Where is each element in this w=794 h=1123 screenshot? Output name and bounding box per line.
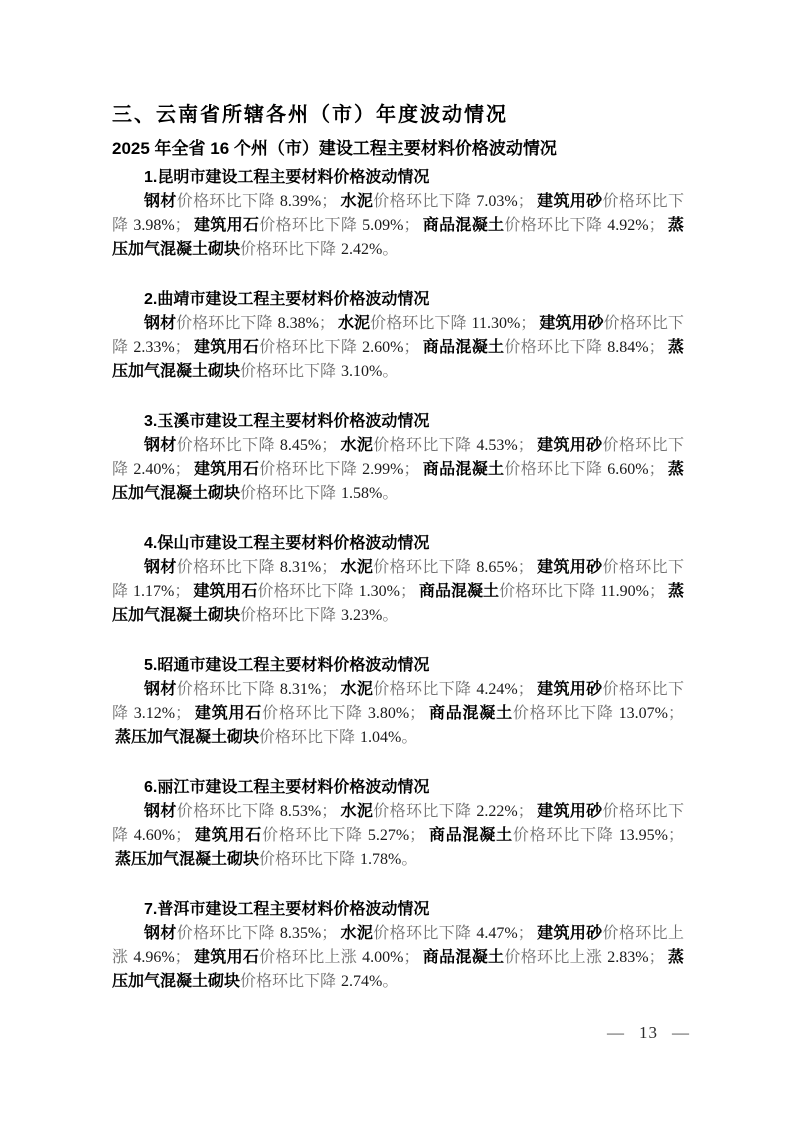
material-name: 建筑用石 (191, 217, 260, 234)
separator: ； (403, 339, 419, 356)
material-name: 钢材 (144, 925, 177, 942)
material-name: 建筑用石 (191, 339, 260, 356)
material-name: 钢材 (144, 681, 177, 698)
price-change-value: 2.40% (128, 461, 174, 478)
price-change-phrase: 价格环比下降 (373, 681, 471, 698)
price-change-phrase: 价格环比下降 (513, 705, 614, 722)
separator: 。 (382, 241, 398, 258)
separator: ； (518, 193, 534, 210)
material-name: 蒸压加气混凝土砌块 (112, 851, 259, 868)
section-paragraph: 钢材价格环比下降8.31%；水泥价格环比下降8.65%；建筑用砂价格环比下降1.… (112, 556, 684, 628)
separator: 。 (382, 973, 398, 990)
material-name: 建筑用砂 (534, 681, 603, 698)
price-change-value: 8.45% (275, 437, 321, 454)
material-name: 水泥 (337, 681, 373, 698)
separator: ； (175, 217, 191, 234)
price-change-value: 2.83% (602, 949, 648, 966)
city-section: 7.普洱市建设工程主要材料价格波动情况 钢材价格环比下降8.35%；水泥价格环比… (112, 898, 684, 994)
city-section: 5.昭通市建设工程主要材料价格波动情况 钢材价格环比下降8.31%；水泥价格环比… (112, 654, 684, 750)
material-name: 商品混凝土 (419, 217, 504, 234)
price-change-value: 5.27% (363, 827, 409, 844)
page-number-left-dash: — (607, 1023, 625, 1042)
separator: ； (409, 827, 425, 844)
price-change-phrase: 价格环比下降 (177, 925, 275, 942)
material-name: 建筑用石 (190, 583, 257, 600)
price-change-value: 8.65% (471, 559, 517, 576)
material-name: 商品混凝土 (419, 339, 504, 356)
section-heading: 7.普洱市建设工程主要材料价格波动情况 (112, 898, 684, 922)
price-change-value: 5.09% (357, 217, 403, 234)
material-name: 水泥 (337, 437, 373, 454)
separator: ； (409, 705, 425, 722)
price-change-phrase: 价格环比下降 (373, 193, 471, 210)
material-name: 建筑用砂 (534, 803, 603, 820)
price-change-value: 1.58% (336, 485, 382, 502)
material-name: 水泥 (337, 193, 373, 210)
price-change-phrase: 价格环比下降 (177, 559, 275, 576)
price-change-phrase: 价格环比下降 (177, 193, 275, 210)
separator: ； (649, 583, 665, 600)
price-change-value: 2.22% (471, 803, 517, 820)
section-paragraph: 钢材价格环比下降8.35%；水泥价格环比下降4.47%；建筑用砂价格环比上涨4.… (112, 922, 684, 994)
material-name: 钢材 (144, 315, 176, 332)
section-paragraph: 钢材价格环比下降8.53%；水泥价格环比下降2.22%；建筑用砂价格环比下降4.… (112, 800, 684, 872)
separator: ； (321, 559, 337, 576)
price-change-value: 8.38% (273, 315, 319, 332)
price-change-value: 3.80% (363, 705, 409, 722)
page-number-value: 13 (625, 1023, 672, 1042)
price-change-value: 11.30% (467, 315, 521, 332)
price-change-value: 4.00% (357, 949, 403, 966)
material-name: 商品混凝土 (419, 461, 504, 478)
separator: ； (518, 681, 534, 698)
price-change-phrase: 价格环比上涨 (504, 949, 602, 966)
price-change-value: 2.33% (128, 339, 174, 356)
price-change-phrase: 价格环比下降 (259, 729, 355, 746)
material-name: 建筑用砂 (534, 193, 603, 210)
section-paragraph: 钢材价格环比下降8.38%；水泥价格环比下降11.30%；建筑用砂价格环比下降2… (112, 312, 684, 384)
section-heading: 5.昭通市建设工程主要材料价格波动情况 (112, 654, 684, 678)
price-change-value: 4.24% (471, 681, 517, 698)
material-name: 建筑用砂 (534, 437, 603, 454)
page-title: 三、云南省所辖各州（市）年度波动情况 (112, 102, 684, 129)
material-name: 商品混凝土 (419, 949, 504, 966)
price-change-value: 8.39% (275, 193, 321, 210)
price-change-value: 1.30% (354, 583, 400, 600)
section-paragraph: 钢材价格环比下降8.45%；水泥价格环比下降4.53%；建筑用砂价格环比下降2.… (112, 434, 684, 506)
section-heading: 6.丽江市建设工程主要材料价格波动情况 (112, 776, 684, 800)
separator: ； (518, 437, 534, 454)
material-name: 蒸压加气混凝土砌块 (112, 729, 259, 746)
material-name: 水泥 (337, 925, 373, 942)
city-section: 1.昆明市建设工程主要材料价格波动情况 钢材价格环比下降8.39%；水泥价格环比… (112, 166, 684, 262)
section-paragraph: 钢材价格环比下降8.31%；水泥价格环比下降4.24%；建筑用砂价格环比下降3.… (112, 678, 684, 750)
price-change-value: 3.12% (129, 705, 175, 722)
separator: ； (649, 461, 665, 478)
section-paragraph: 钢材价格环比下降8.39%；水泥价格环比下降7.03%；建筑用砂价格环比下降3.… (112, 190, 684, 262)
price-change-value: 11.90% (595, 583, 649, 600)
separator: ； (321, 437, 337, 454)
material-name: 水泥 (335, 315, 370, 332)
material-name: 建筑用石 (191, 461, 260, 478)
price-change-phrase: 价格环比下降 (373, 925, 471, 942)
price-change-value: 4.92% (602, 217, 648, 234)
section-heading: 3.玉溪市建设工程主要材料价格波动情况 (112, 410, 684, 434)
price-change-value: 1.17% (128, 583, 174, 600)
page-number-right-dash: — (672, 1023, 690, 1042)
price-change-phrase: 价格环比下降 (504, 217, 602, 234)
city-section: 6.丽江市建设工程主要材料价格波动情况 钢材价格环比下降8.53%；水泥价格环比… (112, 776, 684, 872)
material-name: 建筑用砂 (534, 559, 603, 576)
separator: ； (175, 949, 191, 966)
material-name: 商品混凝土 (425, 705, 513, 722)
price-change-phrase: 价格环比下降 (370, 315, 466, 332)
price-change-phrase: 价格环比下降 (257, 583, 353, 600)
section-heading: 4.保山市建设工程主要材料价格波动情况 (112, 532, 684, 556)
sections-container: 1.昆明市建设工程主要材料价格波动情况 钢材价格环比下降8.39%；水泥价格环比… (112, 166, 684, 994)
price-change-phrase: 价格环比下降 (259, 339, 357, 356)
price-change-phrase: 价格环比下降 (259, 461, 357, 478)
material-name: 建筑用石 (191, 827, 262, 844)
price-change-phrase: 价格环比下降 (240, 241, 336, 258)
price-change-phrase: 价格环比下降 (259, 217, 357, 234)
separator: ； (321, 193, 337, 210)
price-change-value: 8.35% (275, 925, 321, 942)
material-name: 钢材 (144, 193, 177, 210)
separator: ； (649, 217, 665, 234)
separator: ； (668, 705, 684, 722)
city-section: 2.曲靖市建设工程主要材料价格波动情况 钢材价格环比下降8.38%；水泥价格环比… (112, 288, 684, 384)
separator: ； (518, 803, 534, 820)
price-change-phrase: 价格环比下降 (499, 583, 595, 600)
separator: ； (319, 315, 335, 332)
material-name: 商品混凝土 (416, 583, 499, 600)
price-change-value: 2.60% (357, 339, 403, 356)
price-change-value: 1.04% (355, 729, 401, 746)
material-name: 钢材 (144, 559, 177, 576)
price-change-phrase: 价格环比下降 (259, 851, 355, 868)
separator: 。 (382, 363, 398, 380)
price-change-value: 3.10% (336, 363, 382, 380)
separator: ； (175, 705, 191, 722)
material-name: 钢材 (144, 803, 177, 820)
price-change-value: 8.53% (275, 803, 321, 820)
price-change-phrase: 价格环比下降 (373, 803, 471, 820)
price-change-phrase: 价格环比下降 (240, 973, 336, 990)
separator: ； (518, 559, 534, 576)
material-name: 建筑用石 (191, 949, 260, 966)
price-change-phrase: 价格环比下降 (240, 363, 336, 380)
price-change-value: 13.07% (614, 705, 668, 722)
price-change-value: 3.23% (336, 607, 382, 624)
separator: ； (649, 339, 665, 356)
price-change-value: 13.95% (614, 827, 668, 844)
document-page: 三、云南省所辖各州（市）年度波动情况 2025 年全省 16 个州（市）建设工程… (112, 102, 684, 994)
price-change-value: 4.47% (471, 925, 517, 942)
price-change-phrase: 价格环比下降 (504, 461, 602, 478)
price-change-phrase: 价格环比下降 (177, 437, 275, 454)
price-change-value: 2.99% (357, 461, 403, 478)
separator: ； (403, 217, 419, 234)
separator: 。 (401, 851, 417, 868)
price-change-phrase: 价格环比下降 (373, 559, 471, 576)
material-name: 建筑用砂 (534, 925, 603, 942)
price-change-phrase: 价格环比上涨 (259, 949, 357, 966)
separator: ； (321, 681, 337, 698)
price-change-phrase: 价格环比下降 (240, 485, 336, 502)
price-change-value: 6.60% (602, 461, 648, 478)
material-name: 商品混凝土 (425, 827, 513, 844)
separator: ； (649, 949, 665, 966)
separator: ； (175, 461, 191, 478)
price-change-value: 8.84% (602, 339, 648, 356)
city-section: 3.玉溪市建设工程主要材料价格波动情况 钢材价格环比下降8.45%；水泥价格环比… (112, 410, 684, 506)
document-subtitle: 2025 年全省 16 个州（市）建设工程主要材料价格波动情况 (112, 137, 684, 161)
price-change-phrase: 价格环比下降 (240, 607, 336, 624)
price-change-phrase: 价格环比下降 (513, 827, 614, 844)
price-change-value: 8.31% (275, 559, 321, 576)
section-heading: 1.昆明市建设工程主要材料价格波动情况 (112, 166, 684, 190)
material-name: 水泥 (337, 803, 373, 820)
material-name: 建筑用石 (191, 705, 262, 722)
separator: ； (174, 583, 190, 600)
material-name: 建筑用砂 (536, 315, 603, 332)
separator: ； (518, 925, 534, 942)
material-name: 钢材 (144, 437, 177, 454)
price-change-phrase: 价格环比下降 (177, 681, 275, 698)
separator: ； (520, 315, 536, 332)
separator: ； (321, 925, 337, 942)
price-change-phrase: 价格环比下降 (177, 803, 275, 820)
separator: 。 (382, 485, 398, 502)
separator: ； (321, 803, 337, 820)
price-change-value: 3.98% (128, 217, 174, 234)
price-change-phrase: 价格环比下降 (262, 705, 363, 722)
separator: ； (175, 339, 191, 356)
separator: ； (400, 583, 416, 600)
price-change-value: 2.74% (336, 973, 382, 990)
separator: ； (403, 461, 419, 478)
section-heading: 2.曲靖市建设工程主要材料价格波动情况 (112, 288, 684, 312)
price-change-value: 7.03% (471, 193, 517, 210)
separator: ； (668, 827, 684, 844)
separator: ； (175, 827, 191, 844)
price-change-phrase: 价格环比下降 (373, 437, 471, 454)
price-change-value: 2.42% (336, 241, 382, 258)
price-change-value: 4.60% (129, 827, 175, 844)
material-name: 水泥 (337, 559, 373, 576)
separator: 。 (401, 729, 417, 746)
price-change-phrase: 价格环比下降 (504, 339, 602, 356)
price-change-value: 8.31% (275, 681, 321, 698)
price-change-value: 1.78% (355, 851, 401, 868)
separator: 。 (382, 607, 398, 624)
city-section: 4.保山市建设工程主要材料价格波动情况 钢材价格环比下降8.31%；水泥价格环比… (112, 532, 684, 628)
separator: ； (403, 949, 419, 966)
price-change-value: 4.96% (128, 949, 174, 966)
price-change-value: 4.53% (471, 437, 517, 454)
page-number: —13— (607, 1022, 690, 1044)
price-change-phrase: 价格环比下降 (176, 315, 272, 332)
price-change-phrase: 价格环比下降 (262, 827, 363, 844)
